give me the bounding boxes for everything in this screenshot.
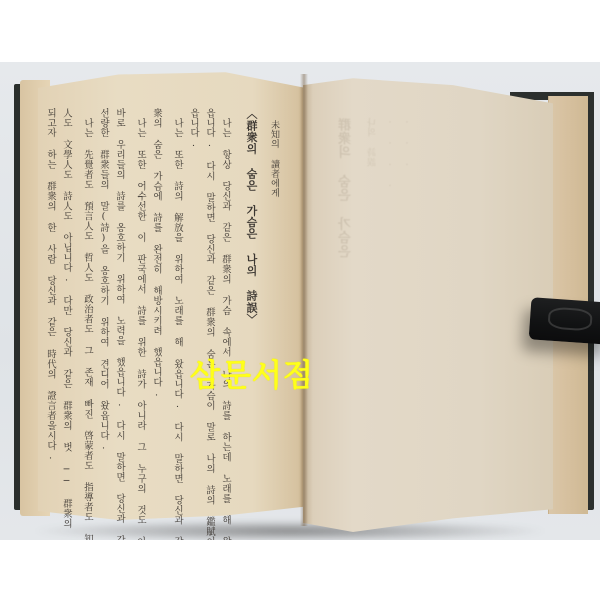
book-shadow	[30, 520, 550, 540]
dedication-heading: 未知의 讀者에게	[267, 108, 280, 498]
bleed-column: 나의 詩誤	[367, 118, 380, 418]
text-column: 바로 우리들의 詩를 옹호하기 위하여 노력을 했읍니다. 다시 말하면 당신과…	[113, 108, 126, 498]
book-photo: 未知의 讀者에게 〈群衆의 숨은 가슴은 나의 詩誤〉 나는 항상 당신과 같은…	[0, 62, 600, 540]
text-column: 되고자 하는 群衆의 한 사람 당신과 같은 時代의 證言者올시다.	[44, 108, 57, 498]
text-column: 선량한 群衆들의 말(詩)을 옹호하기 위하여 견디어 왔읍니다.	[97, 108, 110, 498]
poem-title: 〈群衆의 숨은 가슴은 나의 詩誤〉	[245, 108, 258, 498]
right-page-bleed-through-text: 群衆의 숨은 가슴은 나의 詩誤 · · · · · · ·	[340, 118, 520, 418]
text-column: 읍니다. 다시 말하면 당신과 같은 群衆의 숨은 가슴이 말로 나의 詩의 鑑…	[203, 108, 216, 498]
bleed-title: 群衆의 숨은 가슴은	[340, 118, 353, 418]
bleed-column: · · ·	[401, 118, 414, 418]
left-page-text: 未知의 讀者에게 〈群衆의 숨은 가슴은 나의 詩誤〉 나는 항상 당신과 같은…	[62, 108, 280, 498]
text-column: 나는 또한 어수선한 이 판국에서 詩를 위한 詩가 아니라 그 누구의 것도 …	[134, 108, 147, 498]
black-paperweight	[529, 297, 600, 344]
store-watermark: 삼문서점	[190, 350, 314, 395]
text-column: 나는 先覺者도 預言人도 哲人도 政治者도 그 존재 빠진 啓蒙者도 指導者도 …	[81, 108, 94, 498]
text-column: 衆의 숨은 가슴에 詩를 완전히 해방시키려 했읍니다.	[150, 108, 163, 498]
text-column: 人도 文學人도 詩人도 아닙니다. 다만 당신과 같은 群衆의 벗 ── 群衆의…	[60, 108, 73, 498]
text-column: 나는 항상 당신과 같은 群衆의 가슴 속에서 나의 詩를 하는데 노래를 해 …	[219, 108, 232, 498]
text-column: 읍니다.	[187, 108, 200, 498]
bleed-column: · · · ·	[384, 118, 397, 418]
text-column: 나는 또한 詩의 解放을 위하여 노래를 해 왔읍니다. 다시 말하면 당신과 …	[171, 108, 184, 498]
book-gutter	[300, 74, 308, 526]
